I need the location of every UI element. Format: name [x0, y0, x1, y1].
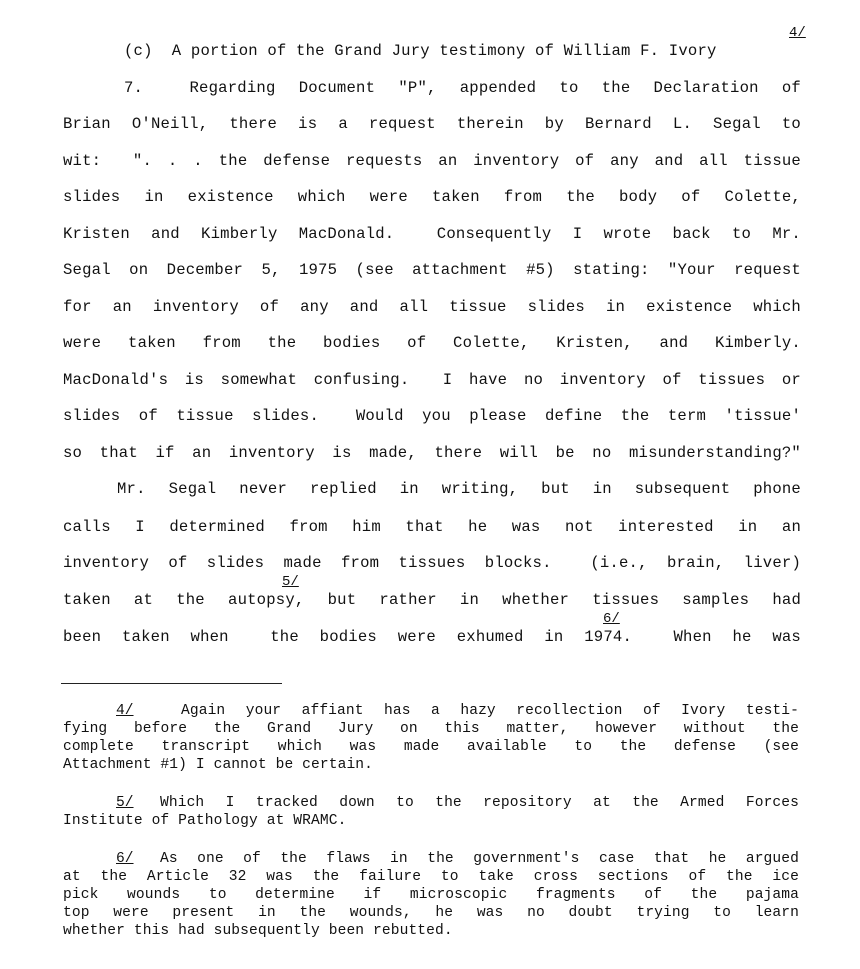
- footnote-line: Which I tracked down to the repository a…: [160, 795, 799, 811]
- footnote-ref-4: 4/: [789, 25, 806, 41]
- footnote-line: Attachment #1) I cannot be certain.: [63, 757, 373, 773]
- paragraph-line: taken at the autopsy, but rather in whet…: [63, 591, 801, 609]
- paragraph-line: wit: ". . . the defense requests an inve…: [63, 152, 801, 170]
- paragraph-line: inventory of slides made from tissues bl…: [63, 554, 801, 572]
- footnote-marker: 5/: [116, 795, 134, 811]
- footnote-line: Institute of Pathology at WRAMC.: [63, 813, 346, 829]
- paragraph-line: MacDonald's is somewhat confusing. I hav…: [63, 371, 801, 389]
- paragraph-line: for an inventory of any and all tissue s…: [63, 298, 801, 316]
- paragraph-line: were taken from the bodies of Colette, K…: [63, 334, 801, 352]
- footnote-line: fying before the Grand Jury on this matt…: [63, 721, 799, 737]
- footnote-marker: 6/: [116, 851, 134, 867]
- paragraph-line: so that if an inventory is made, there w…: [63, 444, 801, 462]
- footnote-line: top were present in the wounds, he was n…: [63, 905, 799, 921]
- footnote-ref-5: 5/: [282, 574, 299, 590]
- paragraph-line: 7. Regarding Document "P", appended to t…: [124, 79, 801, 97]
- paragraph-line: Kristen and Kimberly MacDonald. Conseque…: [63, 225, 801, 243]
- footnote-line: pick wounds to determine if microscopic …: [63, 887, 799, 903]
- paragraph-line: Brian O'Neill, there is a request therei…: [63, 115, 801, 133]
- paragraph-line: calls I determined from him that he was …: [63, 518, 801, 536]
- footnote-marker: 4/: [116, 703, 134, 719]
- footnote-line: at the Article 32 was the failure to tak…: [63, 869, 799, 885]
- paragraph-line: slides in existence which were taken fro…: [63, 188, 801, 206]
- footnote-line: Again your affiant has a hazy recollecti…: [181, 703, 799, 719]
- footnote-line: complete transcript which was made avail…: [63, 739, 799, 755]
- paragraph-line: Segal on December 5, 1975 (see attachmen…: [63, 261, 801, 279]
- paragraph-line: been taken when the bodies were exhumed …: [63, 628, 801, 646]
- footnote-ref-6: 6/: [603, 611, 620, 627]
- footnote-line: As one of the flaws in the government's …: [160, 851, 799, 867]
- item-c-text: (c) A portion of the Grand Jury testimon…: [124, 42, 717, 60]
- paragraph-line: Mr. Segal never replied in writing, but …: [117, 480, 801, 498]
- footnote-separator: [61, 683, 282, 684]
- footnote-line: whether this had subsequently been rebut…: [63, 923, 453, 939]
- paragraph-line: slides of tissue slides. Would you pleas…: [63, 407, 801, 425]
